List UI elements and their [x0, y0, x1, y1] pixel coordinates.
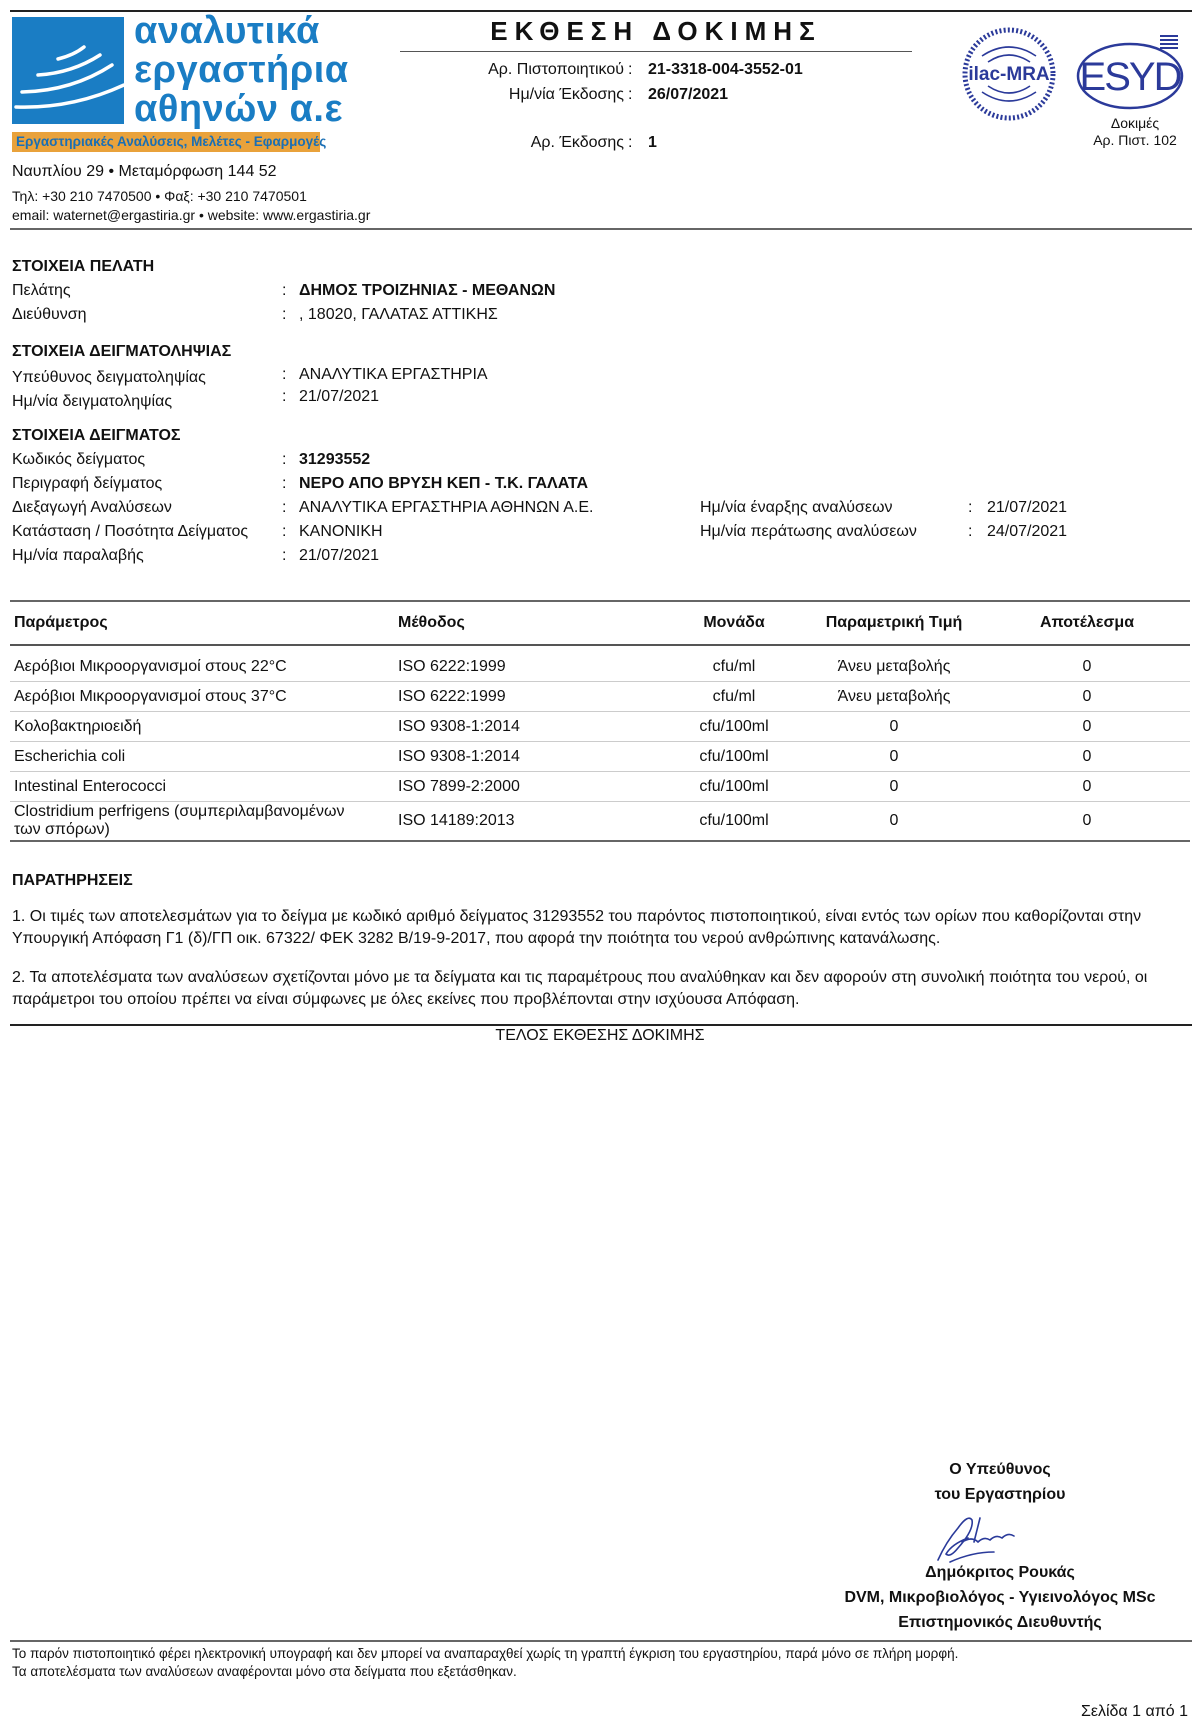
results-header-row: Παράμετρος Μέθοδος Μονάδα Παραμετρική Τι…: [10, 601, 1190, 645]
analysis-end-label: Ημ/νία περάτωσης αναλύσεων: [700, 523, 917, 541]
col-result: Αποτέλεσμα: [984, 601, 1190, 645]
remark-2: 2. Τα αποτελέσματα των αναλύσεων σχετίζο…: [12, 967, 1192, 1011]
lab-logo-text: αναλυτικά εργαστήρια αθηνών α.ε: [134, 12, 349, 129]
lab-address: Ναυπλίου 29 • Μεταμόρφωση 144 52: [12, 163, 277, 181]
client-name-value: ΔΗΜΟΣ ΤΡΟΙΖΗΝΙΑΣ - ΜΕΘΑΝΩΝ: [299, 282, 555, 300]
cell-result: 0: [984, 742, 1190, 772]
page-title: ΕΚΘΕΣΗ ΔΟΚΙΜΗΣ: [400, 16, 912, 47]
cell-method: ISO 6222:1999: [394, 645, 664, 682]
separator: :: [628, 86, 632, 104]
title-rule: [400, 51, 912, 52]
client-name-label: Πελάτης: [12, 282, 71, 300]
signature-title-2: του Εργαστηρίου: [800, 1486, 1200, 1504]
table-row: Αερόβιοι Μικροοργανισμοί στους 22°C ISO …: [10, 645, 1190, 682]
cell-parametric-value: 0: [804, 742, 984, 772]
lab-logo-mark: [12, 17, 124, 124]
cert-number-value: 21-3318-004-3552-01: [648, 61, 803, 79]
cell-method: ISO 7899-2:2000: [394, 772, 664, 802]
col-unit: Μονάδα: [664, 601, 804, 645]
sample-description-value: ΝΕΡΟ ΑΠΟ ΒΡΥΣΗ ΚΕΠ - Τ.Κ. ΓΑΛΑΤΑ: [299, 475, 588, 493]
issue-date-value: 26/07/2021: [648, 86, 728, 104]
table-row: Clostridium perfrigens (συμπεριλαμβανομέ…: [10, 802, 1190, 842]
remarks-title: ΠΑΡΑΤΗΡΗΣΕΙΣ: [12, 872, 133, 890]
cell-parameter: Κολοβακτηριοειδή: [10, 712, 394, 742]
separator: :: [282, 451, 286, 469]
svg-text:ESYD: ESYD: [1080, 55, 1181, 99]
signatory-role: Επιστημονικός Διευθυντής: [800, 1614, 1200, 1632]
analysis-end-value: 24/07/2021: [987, 523, 1067, 541]
analysis-start-label: Ημ/νία έναρξης αναλύσεων: [700, 499, 893, 517]
page-number: Σελίδα 1 από 1: [1081, 1703, 1188, 1721]
cell-method: ISO 9308-1:2014: [394, 742, 664, 772]
issue-number-value: 1: [648, 134, 657, 152]
receipt-date-value: 21/07/2021: [299, 547, 379, 565]
signatory-credentials: DVM, Μικροβιολόγος - Υγιεινολόγος MSc: [800, 1589, 1200, 1607]
svg-text:ilac-MRA: ilac-MRA: [968, 64, 1050, 85]
col-method: Μέθοδος: [394, 601, 664, 645]
analysis-performer-label: Διεξαγωγή Αναλύσεων: [12, 499, 172, 517]
sample-description-label: Περιγραφή δείγματος: [12, 475, 162, 493]
cell-result: 0: [984, 772, 1190, 802]
client-address-value: , 18020, ΓΑΛΑΤΑΣ ΑΤΤΙΚΗΣ: [299, 306, 498, 324]
cell-unit: cfu/100ml: [664, 712, 804, 742]
separator: :: [282, 475, 286, 493]
esyd-logo: ESYD: [1074, 30, 1192, 112]
footer-disclaimer-1: Το παρόν πιστοποιητικό φέρει ηλεκτρονική…: [12, 1645, 958, 1663]
separator: :: [282, 306, 286, 324]
sampler-value: ΑΝΑΛΥΤΙΚΑ ΕΡΓΑΣΤΗΡΙΑ: [299, 366, 488, 384]
analysis-start-value: 21/07/2021: [987, 499, 1067, 517]
cell-method: ISO 9308-1:2014: [394, 712, 664, 742]
separator: :: [282, 547, 286, 565]
lab-phone-fax: Τηλ: +30 210 7470500 • Φαξ: +30 210 7470…: [12, 188, 307, 204]
cell-unit: cfu/100ml: [664, 742, 804, 772]
end-rule: [10, 1024, 1192, 1026]
footer-rule: [10, 1640, 1192, 1642]
separator: :: [282, 388, 286, 406]
signature-icon: [928, 1508, 1028, 1568]
cell-unit: cfu/ml: [664, 682, 804, 712]
end-of-report: ΤΕΛΟΣ ΕΚΘΕΣΗΣ ΔΟΚΙΜΗΣ: [0, 1027, 1200, 1045]
remark-1: 1. Οι τιμές των αποτελεσμάτων για το δεί…: [12, 906, 1192, 950]
sample-condition-value: ΚΑΝΟΝΙΚΗ: [299, 523, 383, 541]
cell-unit: cfu/100ml: [664, 772, 804, 802]
separator: :: [628, 61, 632, 79]
ilac-mra-icon: ilac-MRA: [958, 26, 1060, 122]
separator: :: [282, 499, 286, 517]
lab-email-website: email: waternet@ergastiria.gr • website:…: [12, 207, 370, 223]
cell-unit: cfu/ml: [664, 645, 804, 682]
cell-result: 0: [984, 645, 1190, 682]
cell-result: 0: [984, 682, 1190, 712]
logo-line-1: αναλυτικά: [134, 12, 349, 51]
sample-code-value: 31293552: [299, 451, 370, 469]
sampling-date-label: Ημ/νία δειγματοληψίας: [12, 393, 172, 411]
sampling-date-value: 21/07/2021: [299, 388, 379, 406]
cell-result: 0: [984, 712, 1190, 742]
table-row: Escherichia coli ISO 9308-1:2014 cfu/100…: [10, 742, 1190, 772]
separator: :: [282, 282, 286, 300]
separator: :: [282, 366, 286, 384]
sampling-section-title: ΣΤΟΙΧΕΙΑ ΔΕΙΓΜΑΤΟΛΗΨΙΑΣ: [12, 343, 231, 361]
receipt-date-label: Ημ/νία παραλαβής: [12, 547, 144, 565]
sample-code-label: Κωδικός δείγματος: [12, 451, 145, 469]
col-parameter: Παράμετρος: [10, 601, 394, 645]
separator: :: [968, 523, 972, 541]
results-table: Παράμετρος Μέθοδος Μονάδα Παραμετρική Τι…: [10, 600, 1190, 842]
analysis-performer-value: ΑΝΑΛΥΤΙΚΑ ΕΡΓΑΣΤΗΡΙΑ ΑΘΗΝΩΝ Α.Ε.: [299, 499, 593, 517]
separator: :: [968, 499, 972, 517]
issue-number-label: Αρ. Έκδοσης: [531, 134, 624, 152]
cell-parametric-value: 0: [804, 712, 984, 742]
accreditation-number: Αρ. Πιστ. 102: [1070, 132, 1200, 149]
cell-result: 0: [984, 802, 1190, 842]
client-address-label: Διεύθυνση: [12, 306, 87, 324]
separator: :: [628, 134, 632, 152]
logo-tagline: Εργαστηριακές Αναλύσεις, Μελέτες - Εφαρμ…: [12, 132, 320, 152]
accreditation-text: Δοκιμές Αρ. Πιστ. 102: [1070, 115, 1200, 149]
waves-logo-icon: [12, 17, 124, 124]
handwritten-signature: [928, 1508, 1028, 1568]
cert-number-label: Αρ. Πιστοποιητικού: [488, 61, 624, 79]
esyd-icon: ESYD: [1074, 30, 1192, 112]
cell-parameter: Escherichia coli: [10, 742, 394, 772]
cell-parametric-value: 0: [804, 802, 984, 842]
accreditation-tests-label: Δοκιμές: [1070, 115, 1200, 132]
table-row: Κολοβακτηριοειδή ISO 9308-1:2014 cfu/100…: [10, 712, 1190, 742]
sampler-label: Υπεύθυνος δειγματοληψίας: [12, 369, 206, 387]
cell-parameter: Αερόβιοι Μικροοργανισμοί στους 37°C: [10, 682, 394, 712]
cell-unit: cfu/100ml: [664, 802, 804, 842]
sample-condition-label: Κατάσταση / Ποσότητα Δείγματος: [12, 523, 248, 541]
signatory-name: Δημόκριτος Ρουκάς: [800, 1564, 1200, 1582]
ilac-mra-logo: ilac-MRA: [958, 26, 1060, 122]
header-rule: [10, 228, 1192, 230]
cell-parametric-value: Άνευ μεταβολής: [804, 645, 984, 682]
issue-date-label: Ημ/νία Έκδοσης: [509, 86, 624, 104]
cell-parametric-value: 0: [804, 772, 984, 802]
signature-title-1: Ο Υπεύθυνος: [800, 1461, 1200, 1479]
table-row: Intestinal Enterococci ISO 7899-2:2000 c…: [10, 772, 1190, 802]
separator: :: [282, 523, 286, 541]
cell-parametric-value: Άνευ μεταβολής: [804, 682, 984, 712]
footer-disclaimer-2: Τα αποτελέσματα των αναλύσεων αναφέροντα…: [12, 1663, 517, 1681]
logo-line-2: εργαστήρια: [134, 51, 349, 90]
cell-method: ISO 14189:2013: [394, 802, 664, 842]
cell-method: ISO 6222:1999: [394, 682, 664, 712]
cell-parameter: Clostridium perfrigens (συμπεριλαμβανομέ…: [10, 802, 394, 842]
logo-line-3: αθηνών α.ε: [134, 90, 349, 129]
cell-parameter: Intestinal Enterococci: [10, 772, 394, 802]
cell-parameter: Αερόβιοι Μικροοργανισμοί στους 22°C: [10, 645, 394, 682]
table-row: Αερόβιοι Μικροοργανισμοί στους 37°C ISO …: [10, 682, 1190, 712]
col-parametric-value: Παραμετρική Τιμή: [804, 601, 984, 645]
client-section-title: ΣΤΟΙΧΕΙΑ ΠΕΛΑΤΗ: [12, 258, 154, 276]
sample-section-title: ΣΤΟΙΧΕΙΑ ΔΕΙΓΜΑΤΟΣ: [12, 427, 181, 445]
